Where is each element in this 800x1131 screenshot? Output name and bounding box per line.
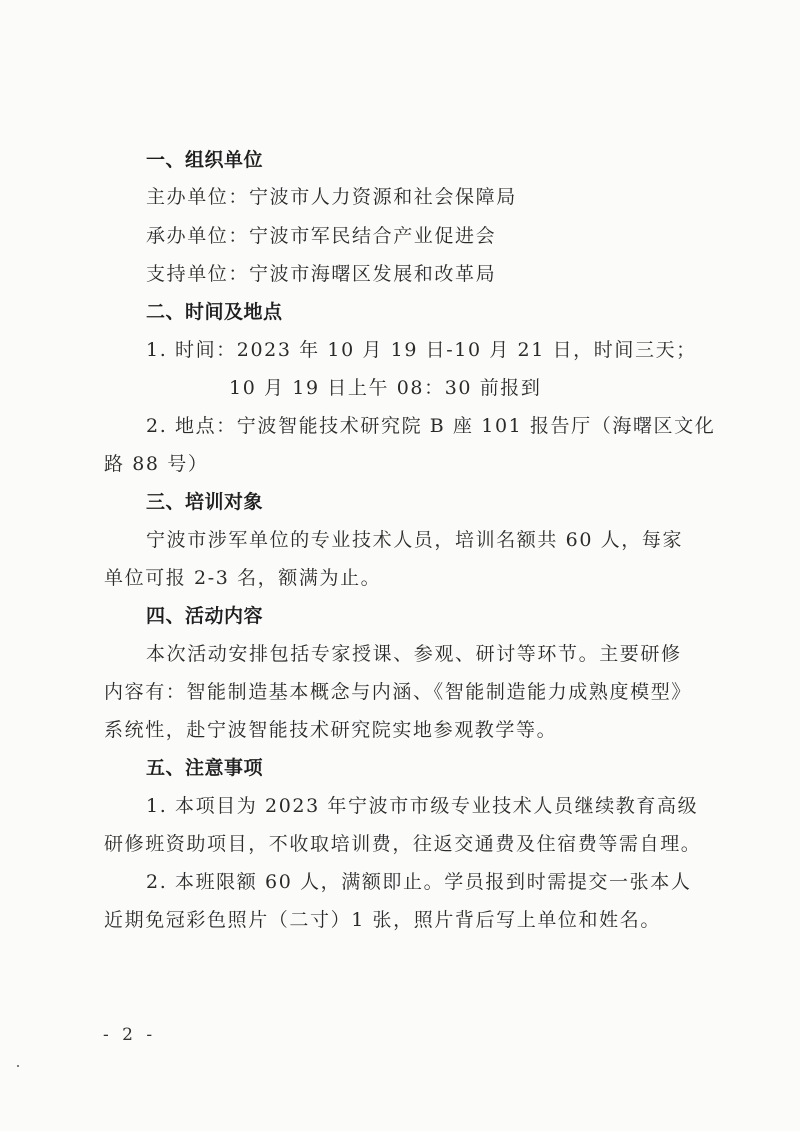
location-line-continued: 路 88 号） [104, 452, 208, 476]
activities-line-3: 系统性，赴宁波智能技术研究院实地参观教学等。 [104, 718, 557, 742]
notes-line-4: 近期免冠彩色照片（二寸）1 张，照片背后写上单位和姓名。 [104, 908, 661, 932]
activities-line-1: 本次活动安排包括专家授课、参观、研讨等环节。主要研修 [146, 642, 682, 666]
location-line: 2. 地点：宁波智能技术研究院 B 座 101 报告厅（海曙区文化 [146, 414, 715, 438]
notes-line-3: 2. 本班限额 60 人，满额即止。学员报到时需提交一张本人 [146, 870, 691, 894]
document-page: 一、组织单位 主办单位：宁波市人力资源和社会保障局 承办单位：宁波市军民结合产业… [0, 0, 800, 1131]
time-line: 1. 时间：2023 年 10 月 19 日-10 月 21 日，时间三天； [146, 338, 697, 362]
section-heading-organizers: 一、组织单位 [146, 148, 263, 172]
notes-line-1: 1. 本项目为 2023 年宁波市市级专业技术人员继续教育高级 [146, 794, 698, 818]
registration-time-line: 10 月 19 日上午 08：30 前报到 [229, 376, 542, 400]
notes-line-2: 研修班资助项目，不收取培训费，往返交通费及住宿费等需自理。 [104, 832, 701, 856]
organizer-unit-line: 承办单位：宁波市军民结合产业促进会 [146, 224, 496, 248]
support-unit-line: 支持单位：宁波市海曙区发展和改革局 [146, 262, 496, 286]
section-heading-activities: 四、活动内容 [146, 604, 263, 628]
page-number: - 2 - [103, 1025, 156, 1045]
trainees-line-2: 单位可报 2-3 名，额满为止。 [104, 566, 381, 590]
scan-speck [17, 1065, 19, 1067]
section-heading-time-place: 二、时间及地点 [146, 300, 283, 324]
host-unit-line: 主办单位：宁波市人力资源和社会保障局 [146, 185, 517, 209]
section-heading-trainees: 三、培训对象 [146, 490, 263, 514]
activities-line-2: 内容有：智能制造基本概念与内涵、《智能制造能力成熟度模型》 [104, 680, 692, 704]
trainees-line-1: 宁波市涉军单位的专业技术人员，培训名额共 60 人，每家 [146, 528, 683, 552]
section-heading-notes: 五、注意事项 [146, 756, 263, 780]
